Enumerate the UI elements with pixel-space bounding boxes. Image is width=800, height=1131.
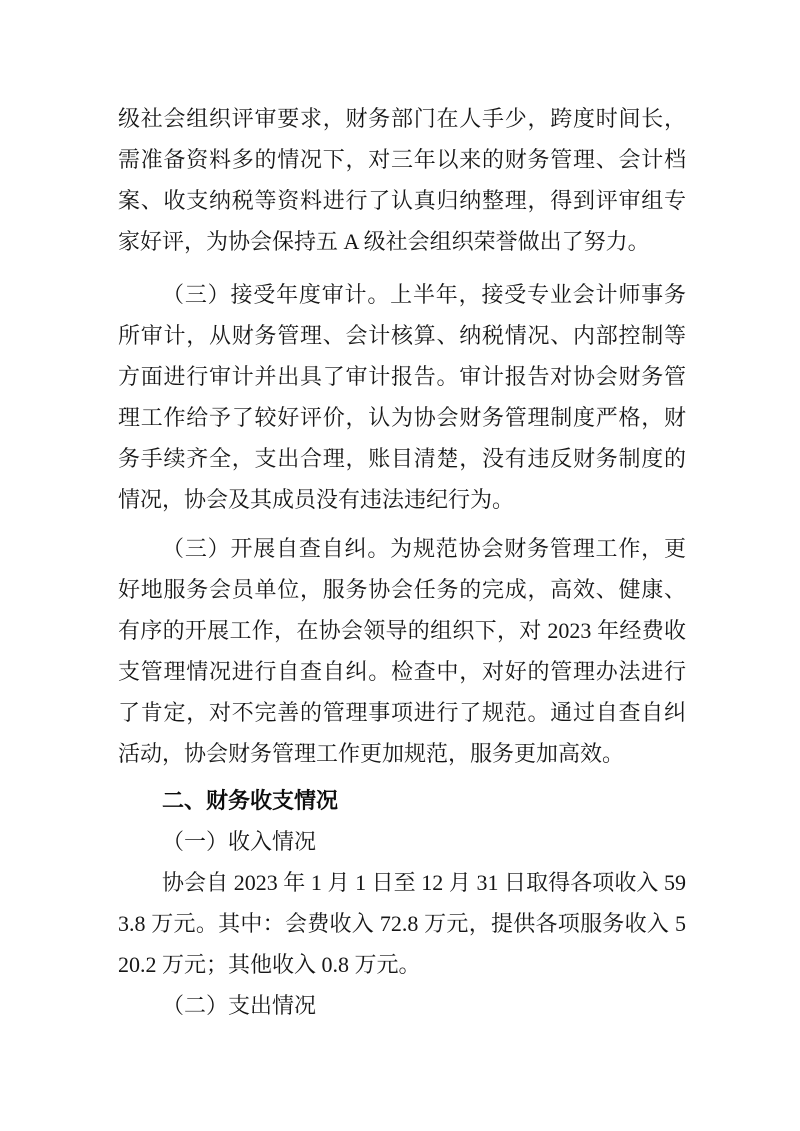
document-content: 级社会组织评审要求，财务部门在人手少，跨度时间长，需准备资料多的情况下，对三年以… xyxy=(118,98,686,1026)
document-page: 级社会组织评审要求，财务部门在人手少，跨度时间长，需准备资料多的情况下，对三年以… xyxy=(0,0,800,1131)
subheading-income-situation: （一）收入情况 xyxy=(118,821,686,862)
paragraph-self-inspection: （三）开展自查自纠。为规范协会财务管理工作，更好地服务会员单位，服务协会任务的完… xyxy=(118,528,686,774)
section-heading-financial-income-expense: 二、财务收支情况 xyxy=(118,780,686,821)
subheading-expense-situation: （二）支出情况 xyxy=(118,985,686,1026)
paragraph-annual-audit: （三）接受年度审计。上半年，接受专业会计师事务所审计，从财务管理、会计核算、纳税… xyxy=(118,274,686,520)
paragraph-evaluation-continuation: 级社会组织评审要求，财务部门在人手少，跨度时间长，需准备资料多的情况下，对三年以… xyxy=(118,98,686,262)
paragraph-income-details: 协会自 2023 年 1 月 1 日至 12 月 31 日取得各项收入 593.… xyxy=(118,862,686,985)
